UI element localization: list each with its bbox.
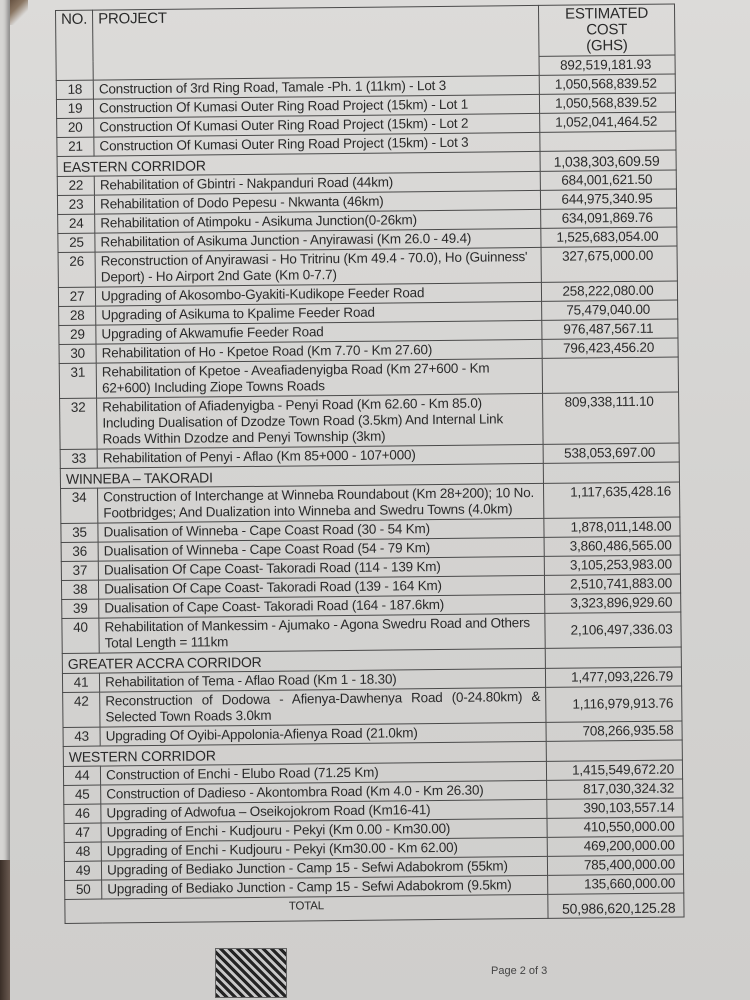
header-project-label: PROJECT	[98, 10, 167, 28]
qr-stamp-icon	[215, 948, 287, 998]
row-cost: 1,116,979,913.76	[546, 686, 682, 722]
row-number: 20	[57, 118, 94, 137]
row-cost: 135,660,000.00	[548, 874, 684, 894]
row-project: Rehabilitation of Kpetoe - Aveafiadenyig…	[96, 358, 542, 398]
header-project: PROJECT	[93, 5, 540, 80]
row-number: 44	[63, 766, 100, 785]
corner-shadow	[10, 0, 28, 25]
header-cost: ESTIMATED COST (GHS)	[538, 4, 675, 56]
row-number: 19	[56, 99, 93, 118]
row-project: Rehabilitation of Afiadenyigba - Penyi R…	[97, 393, 543, 449]
row-number: 18	[56, 80, 93, 99]
row-project: Rehabilitation of Mankessim - Ajumako - …	[99, 613, 545, 653]
carry-over-cost: 892,519,181.93	[539, 55, 675, 75]
row-number: 30	[59, 344, 96, 363]
row-number: 33	[60, 449, 97, 468]
row-cost: 2,510,741,883.00	[544, 574, 680, 594]
row-number: 49	[64, 861, 101, 880]
row-cost: 1,050,568,839.52	[539, 93, 675, 113]
row-cost: 796,423,456.20	[542, 338, 678, 358]
row-number: 32	[60, 398, 98, 449]
row-project: Reconstruction of Dodowa - Afienya-Dawhe…	[100, 687, 546, 727]
project-cost-table: NO. PROJECT ESTIMATED COST (GHS) 892,519…	[55, 4, 685, 924]
row-cost: 644,975,340.95	[540, 189, 676, 209]
row-cost: 390,103,557.14	[547, 798, 683, 818]
row-cost: 1,477,093,226.79	[545, 667, 681, 687]
row-number: 45	[64, 785, 101, 804]
total-cost: 50,986,620,125.28	[548, 893, 684, 918]
row-number: 35	[61, 523, 98, 542]
row-cost: 809,338,111.10	[543, 392, 680, 444]
total-label: TOTAL	[65, 894, 548, 923]
row-cost: 3,323,896,929.60	[545, 593, 681, 613]
row-number: 34	[61, 488, 98, 523]
row-cost: 708,266,935.58	[546, 721, 682, 741]
row-cost: 1,052,041,464.52	[540, 112, 676, 132]
section-cost	[546, 740, 682, 761]
section-cost	[543, 462, 679, 483]
row-number: 43	[63, 727, 100, 746]
row-number: 42	[63, 692, 100, 727]
row-number: 27	[58, 287, 95, 306]
row-number: 50	[65, 880, 102, 899]
row-cost	[542, 357, 678, 393]
row-cost: 634,091,869.76	[541, 208, 677, 228]
section-cost	[545, 647, 681, 668]
row-number: 25	[58, 233, 95, 252]
row-number: 38	[61, 580, 98, 599]
row-cost: 785,400,000.00	[547, 855, 683, 875]
header-no: NO.	[56, 10, 94, 80]
row-cost: 75,479,040.00	[542, 300, 678, 320]
row-number: 37	[61, 561, 98, 580]
row-cost: 1,878,011,148.00	[544, 517, 680, 537]
row-cost: 469,200,000.00	[547, 836, 683, 856]
row-cost: 538,053,697.00	[543, 443, 679, 463]
row-number: 39	[62, 599, 99, 618]
project-cost-table-container: NO. PROJECT ESTIMATED COST (GHS) 892,519…	[55, 4, 685, 924]
row-number: 41	[62, 673, 99, 692]
row-number: 36	[61, 542, 98, 561]
header-cost-line2: (GHS)	[544, 38, 669, 55]
row-cost: 976,487,567.11	[542, 319, 678, 339]
page-number: Page 2 of 3	[491, 965, 547, 977]
row-cost: 1,117,635,428.16	[543, 482, 679, 518]
row-cost: 1,525,683,054.00	[541, 227, 677, 247]
row-cost: 2,106,497,336.03	[545, 612, 681, 648]
page-footer: Page 2 of 3	[0, 940, 750, 1000]
table-header-row: NO. PROJECT ESTIMATED COST (GHS)	[56, 4, 676, 61]
row-number: 40	[62, 618, 99, 653]
row-cost: 327,675,000.00	[541, 246, 677, 282]
table-body: 18Construction of 3rd Ring Road, Tamale …	[56, 74, 684, 923]
row-cost: 1,415,549,672.20	[546, 760, 682, 780]
row-number: 21	[57, 137, 94, 156]
row-cost: 3,105,253,983.00	[544, 555, 680, 575]
row-cost: 3,860,486,565.00	[544, 536, 680, 556]
row-number: 28	[59, 306, 96, 325]
row-project: Reconstruction of Anyirawasi - Ho Tritri…	[95, 247, 541, 287]
row-cost: 410,550,000.00	[547, 817, 683, 837]
row-cost: 684,001,621.50	[540, 170, 676, 190]
table-row: 32Rehabilitation of Afiadenyigba - Penyi…	[60, 392, 680, 449]
header-no-label: NO.	[61, 11, 87, 28]
header-cost-line1: ESTIMATED COST	[544, 6, 669, 39]
row-number: 24	[58, 214, 95, 233]
row-number: 31	[59, 363, 96, 398]
row-number: 46	[64, 804, 101, 823]
row-number: 29	[59, 325, 96, 344]
row-cost: 258,222,080.00	[541, 281, 677, 301]
row-cost: 1,050,568,839.52	[539, 74, 675, 94]
row-number: 23	[57, 195, 94, 214]
row-number: 47	[64, 823, 101, 842]
row-cost	[540, 131, 676, 151]
row-project: Construction of Interchange at Winneba R…	[98, 483, 544, 523]
row-number: 26	[58, 252, 95, 287]
row-number: 48	[64, 842, 101, 861]
row-cost: 817,030,324.32	[547, 779, 683, 799]
row-number: 22	[57, 176, 94, 195]
section-cost: 1,038,303,609.59	[540, 150, 676, 171]
